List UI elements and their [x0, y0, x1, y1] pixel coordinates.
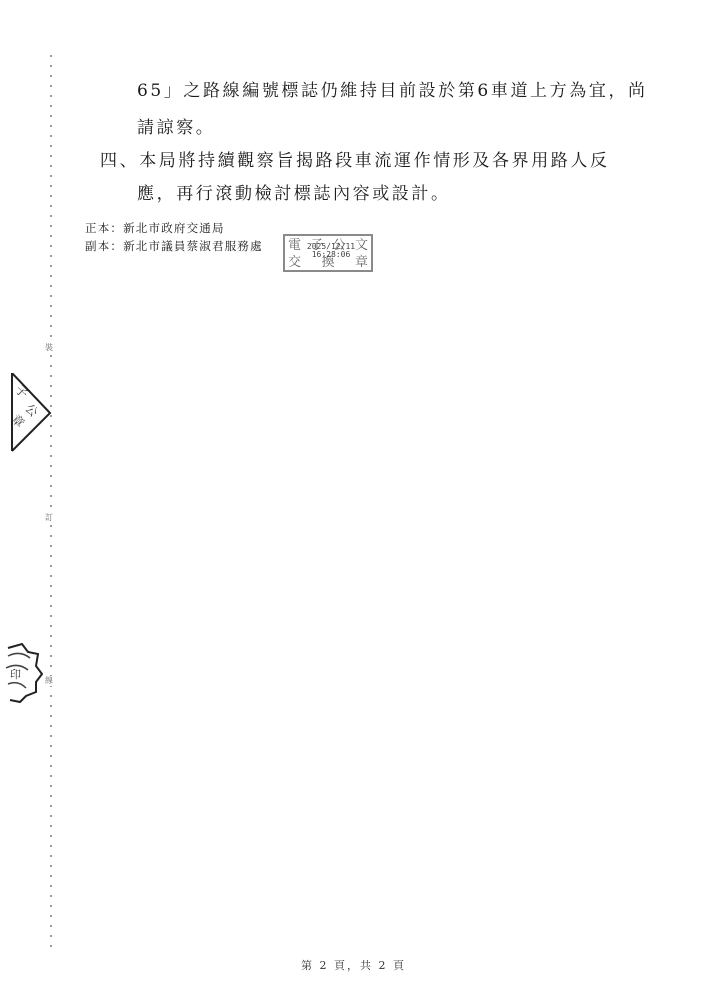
electronic-exchange-stamp: 電 子 公 文 交 換 章 2025/12/11 16:28:06 — [283, 234, 373, 272]
body-text-line-1: 65」之路線編號標誌仍維持目前設於第6車道上方為宜，尚 — [137, 80, 648, 102]
seal-diamond-icon: 子 公 章 — [0, 373, 60, 453]
recipient-copy: 副本：新北市議員蔡淑君服務處 — [85, 239, 263, 253]
binding-label-bind: 裝 — [45, 343, 53, 353]
stamp-char: 交 — [288, 255, 301, 270]
stamp-time: 16:28:06 — [301, 250, 361, 259]
stamp-char: 電 — [288, 238, 301, 253]
body-text-line-3: 四、本局將持續觀察旨揭路段車流運作情形及各界用路人反 — [100, 150, 610, 172]
body-text-line-2: 請諒察。 — [137, 117, 215, 139]
svg-text:印: 印 — [10, 668, 21, 681]
binding-dotted-line — [50, 55, 52, 950]
svg-text:子: 子 — [12, 382, 30, 400]
seal-gear-icon: 印 — [0, 640, 48, 705]
recipient-original: 正本：新北市政府交通局 — [85, 221, 225, 235]
binding-label-staple: 訂 — [45, 513, 53, 523]
page-indicator: 第 2 頁，共 2 頁 — [0, 957, 707, 973]
body-text-line-4: 應，再行滾動檢討標誌內容或設計。 — [137, 183, 451, 205]
